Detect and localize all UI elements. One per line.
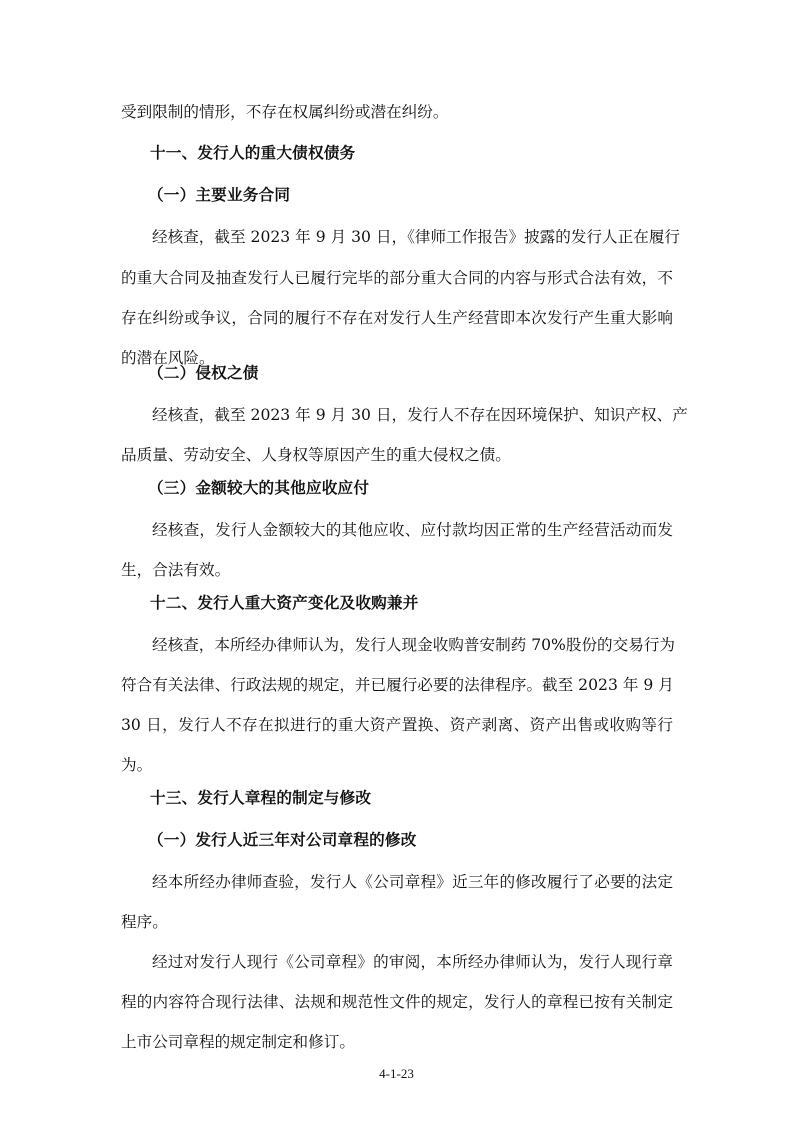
- paragraph-line: 品质量、劳动安全、人身权等原因产生的重大侵权之债。: [121, 445, 673, 465]
- paragraph-line: 生，合法有效。: [121, 560, 673, 580]
- subsection-heading-11-2: （二）侵权之债: [148, 363, 259, 383]
- paragraph-line: 经本所经办律师查验，发行人《公司章程》近三年的修改履行了必要的法定: [152, 872, 673, 892]
- paragraph-line: 30 日，发行人不存在拟进行的重大资产置换、资产剥离、资产出售或收购等行: [121, 715, 673, 735]
- subsection-heading-11-1: （一）主要业务合同: [148, 185, 290, 205]
- paragraph-line: 经核查，本所经办律师认为，发行人现金收购普安制药 70%股份的交易行为: [152, 635, 673, 655]
- paragraph-line: 的重大合同及抽查发行人已履行完毕的部分重大合同的内容与形式合法有效，不: [121, 268, 673, 288]
- paragraph-line: 程的内容符合现行法律、法规和规范性文件的规定，发行人的章程已按有关制定: [121, 992, 673, 1012]
- subsection-heading-13-1: （一）发行人近三年对公司章程的修改: [148, 830, 417, 850]
- section-heading-11: 十一、发行人的重大债权债务: [150, 143, 355, 163]
- paragraph-line: 上市公司章程的规定制定和修订。: [121, 1032, 673, 1052]
- paragraph-line: 存在纠纷或争议，合同的履行不存在对发行人生产经营即本次发行产生重大影响: [121, 308, 673, 328]
- paragraph-line: 符合有关法律、行政法规的规定，并已履行必要的法律程序。截至 2023 年 9 月: [121, 675, 673, 695]
- subsection-heading-11-3: （三）金额较大的其他应收应付: [148, 478, 369, 498]
- paragraph-line: 为。: [121, 755, 673, 775]
- section-heading-13: 十三、发行人章程的制定与修改: [150, 788, 371, 808]
- page-number: 4-1-23: [0, 1066, 793, 1082]
- paragraph-line: 程序。: [121, 912, 673, 932]
- section-heading-12: 十二、发行人重大资产变化及收购兼并: [150, 593, 419, 613]
- paragraph-line: 经核查，发行人金额较大的其他应收、应付款均因正常的生产经营活动而发: [152, 520, 673, 540]
- paragraph-line: 经核查，截至 2023 年 9 月 30 日，发行人不存在因环境保护、知识产权、…: [152, 405, 673, 425]
- document-page: 受到限制的情形，不存在权属纠纷或潜在纠纷。 十一、发行人的重大债权债务 （一）主…: [0, 0, 793, 1122]
- paragraph-line: 经过对发行人现行《公司章程》的审阅，本所经办律师认为，发行人现行章: [152, 952, 673, 972]
- paragraph-line: 经核查，截至 2023 年 9 月 30 日，《律师工作报告》披露的发行人正在履…: [152, 227, 673, 247]
- carryover-text: 受到限制的情形，不存在权属纠纷或潜在纠纷。: [121, 102, 673, 122]
